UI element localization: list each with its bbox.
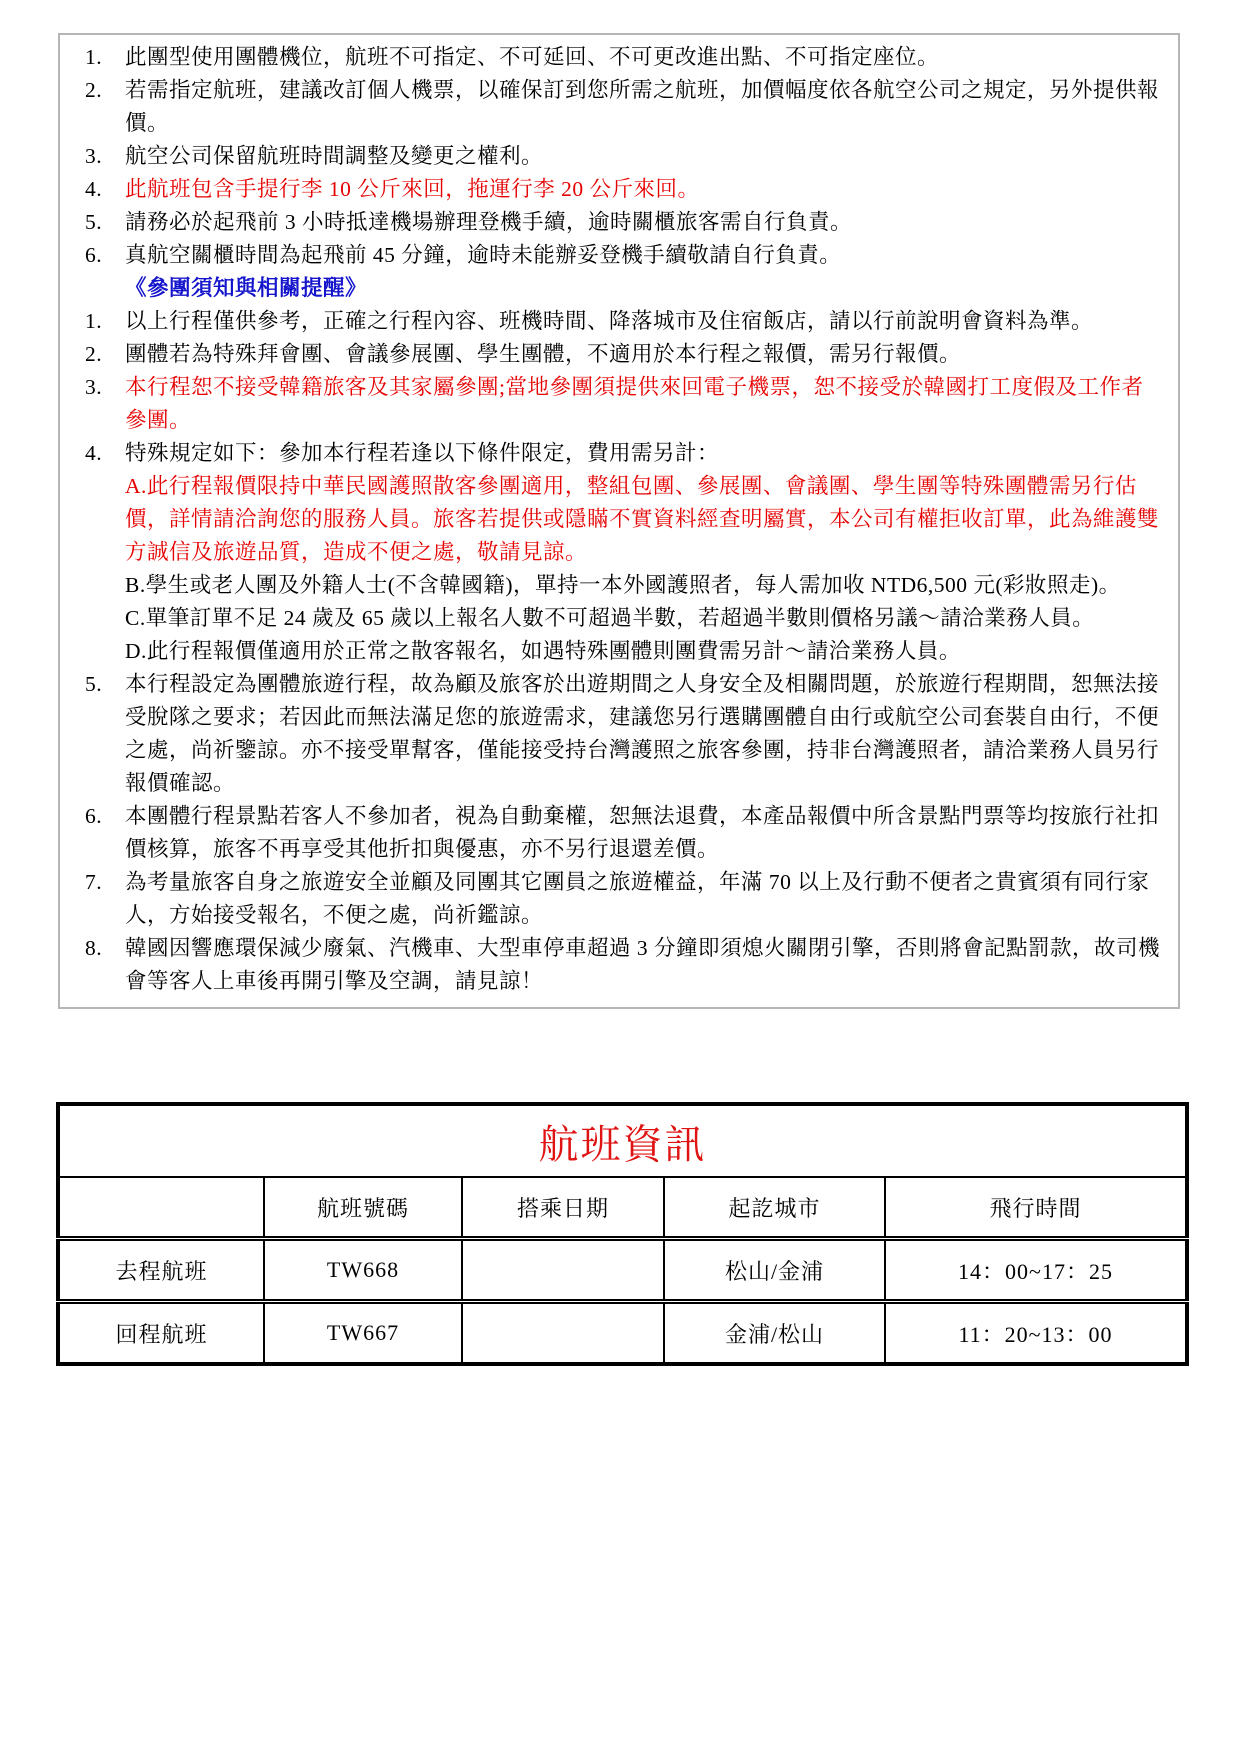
flight-col-header-blank	[58, 1177, 264, 1239]
notice-number: 4.	[85, 173, 125, 206]
flight-info-table: 航班資訊 航班號碼 搭乘日期 起訖城市 飛行時間 去程航班TW668松山/金浦1…	[56, 1102, 1189, 1366]
notice-item: 5.請務必於起飛前 3 小時抵達機場辦理登機手續，逾時關櫃旅客需自行負責。	[85, 206, 1164, 239]
flight-table-title-row: 航班資訊	[58, 1104, 1187, 1177]
notice-number	[85, 635, 125, 668]
notices-section: 1.此團型使用團體機位，航班不可指定、不可延回、不可更改進出點、不可指定座位。2…	[58, 33, 1180, 1009]
time-cell: 11：20~13：00	[885, 1302, 1187, 1365]
notice-item: 2.若需指定航班，建議改訂個人機票，以確保訂到您所需之航班，加價幅度依各航空公司…	[85, 74, 1164, 140]
flight-table-header-row: 航班號碼 搭乘日期 起訖城市 飛行時間	[58, 1177, 1187, 1239]
notice-number: 2.	[85, 338, 125, 371]
notice-text: 請務必於起飛前 3 小時抵達機場辦理登機手續，逾時關櫃旅客需自行負責。	[125, 206, 1164, 239]
notice-item: 4.特殊規定如下：參加本行程若逢以下條件限定，費用需另計：	[85, 437, 1164, 470]
notice-subitem: C.單筆訂單不足 24 歲及 65 歲以上報名人數不可超過半數，若超過半數則價格…	[85, 602, 1164, 635]
row-label-cell: 回程航班	[58, 1302, 264, 1365]
time-cell: 14：00~17：25	[885, 1239, 1187, 1302]
notice-subitem: D.此行程報價僅適用於正常之散客報名，如遇特殊團體則團費需另計～請洽業務人員。	[85, 635, 1164, 668]
notice-number: 4.	[85, 437, 125, 470]
notice-text: A.此行程報價限持中華民國護照散客參團適用，整組包團、參展團、會議團、學生團等特…	[125, 470, 1164, 569]
notice-item: 2.團體若為特殊拜會團、會議參展團、學生團體，不適用於本行程之報價，需另行報價。	[85, 338, 1164, 371]
notice-text: 以上行程僅供參考，正確之行程內容、班機時間、降落城市及住宿飯店，請以行前說明會資…	[125, 305, 1164, 338]
date-cell	[462, 1239, 664, 1302]
section-heading: 《參團須知與相關提醒》	[85, 272, 1164, 305]
notice-item: 4.此航班包含手提行李 10 公斤來回，拖運行李 20 公斤來回。	[85, 173, 1164, 206]
flight-row: 回程航班TW667金浦/松山11：20~13：00	[58, 1302, 1187, 1365]
notice-text: 韓國因響應環保減少廢氣、汽機車、大型車停車超過 3 分鐘即須熄火關閉引擎，否則將…	[125, 932, 1164, 998]
notice-item: 8.韓國因響應環保減少廢氣、汽機車、大型車停車超過 3 分鐘即須熄火關閉引擎，否…	[85, 932, 1164, 998]
notice-item: 1.此團型使用團體機位，航班不可指定、不可延回、不可更改進出點、不可指定座位。	[85, 41, 1164, 74]
notice-number: 8.	[85, 932, 125, 998]
notice-item: 6.真航空關櫃時間為起飛前 45 分鐘，逾時未能辦妥登機手續敬請自行負責。	[85, 239, 1164, 272]
notice-item: 6.本團體行程景點若客人不參加者，視為自動棄權，恕無法退費，本產品報價中所含景點…	[85, 800, 1164, 866]
route-cell: 松山/金浦	[664, 1239, 885, 1302]
flight-number-cell: TW668	[264, 1239, 462, 1302]
notice-text: B.學生或老人團及外籍人士(不含韓國籍)，單持一本外國護照者，每人需加收 NTD…	[125, 569, 1164, 602]
notice-number: 2.	[85, 74, 125, 140]
flight-col-header-route: 起訖城市	[664, 1177, 885, 1239]
notice-item: 3.航空公司保留航班時間調整及變更之權利。	[85, 140, 1164, 173]
notice-number: 1.	[85, 41, 125, 74]
notice-item: 3.本行程恕不接受韓籍旅客及其家屬參團;當地參團須提供來回電子機票，恕不接受於韓…	[85, 371, 1164, 437]
notice-number: 7.	[85, 866, 125, 932]
notice-subitem: A.此行程報價限持中華民國護照散客參團適用，整組包團、參展團、會議團、學生團等特…	[85, 470, 1164, 569]
notice-text: 真航空關櫃時間為起飛前 45 分鐘，逾時未能辦妥登機手續敬請自行負責。	[125, 239, 1164, 272]
notice-number: 1.	[85, 305, 125, 338]
notice-text: 《參團須知與相關提醒》	[125, 272, 1164, 305]
notice-text: 若需指定航班，建議改訂個人機票，以確保訂到您所需之航班，加價幅度依各航空公司之規…	[125, 74, 1164, 140]
notice-item: 1.以上行程僅供參考，正確之行程內容、班機時間、降落城市及住宿飯店，請以行前說明…	[85, 305, 1164, 338]
date-cell	[462, 1302, 664, 1365]
notice-number: 6.	[85, 800, 125, 866]
notice-text: 此團型使用團體機位，航班不可指定、不可延回、不可更改進出點、不可指定座位。	[125, 41, 1164, 74]
notice-subitem: B.學生或老人團及外籍人士(不含韓國籍)，單持一本外國護照者，每人需加收 NTD…	[85, 569, 1164, 602]
notice-number	[85, 272, 125, 305]
notice-text: C.單筆訂單不足 24 歲及 65 歲以上報名人數不可超過半數，若超過半數則價格…	[125, 602, 1164, 635]
notice-number: 3.	[85, 140, 125, 173]
notice-number: 5.	[85, 668, 125, 800]
flight-col-header-time: 飛行時間	[885, 1177, 1187, 1239]
notice-number	[85, 470, 125, 569]
notice-text: 本行程恕不接受韓籍旅客及其家屬參團;當地參團須提供來回電子機票，恕不接受於韓國打…	[125, 371, 1164, 437]
row-label-cell: 去程航班	[58, 1239, 264, 1302]
notice-text: D.此行程報價僅適用於正常之散客報名，如遇特殊團體則團費需另計～請洽業務人員。	[125, 635, 1164, 668]
flight-table-title: 航班資訊	[58, 1104, 1187, 1177]
notice-item: 7.為考量旅客自身之旅遊安全並顧及同團其它團員之旅遊權益，年滿 70 以上及行動…	[85, 866, 1164, 932]
flight-col-header-number: 航班號碼	[264, 1177, 462, 1239]
notice-item: 5.本行程設定為團體旅遊行程，故為顧及旅客於出遊期間之人身安全及相關問題，於旅遊…	[85, 668, 1164, 800]
document-page: 1.此團型使用團體機位，航班不可指定、不可延回、不可更改進出點、不可指定座位。2…	[0, 0, 1241, 1754]
notice-text: 本行程設定為團體旅遊行程，故為顧及旅客於出遊期間之人身安全及相關問題，於旅遊行程…	[125, 668, 1164, 800]
notice-text: 此航班包含手提行李 10 公斤來回，拖運行李 20 公斤來回。	[125, 173, 1164, 206]
route-cell: 金浦/松山	[664, 1302, 885, 1365]
notice-text: 本團體行程景點若客人不參加者，視為自動棄權，恕無法退費，本產品報價中所含景點門票…	[125, 800, 1164, 866]
notice-number: 5.	[85, 206, 125, 239]
notice-text: 特殊規定如下：參加本行程若逢以下條件限定，費用需另計：	[125, 437, 1164, 470]
notice-text: 團體若為特殊拜會團、會議參展團、學生團體，不適用於本行程之報價，需另行報價。	[125, 338, 1164, 371]
notice-number: 3.	[85, 371, 125, 437]
notice-text: 航空公司保留航班時間調整及變更之權利。	[125, 140, 1164, 173]
notice-number	[85, 602, 125, 635]
flight-row: 去程航班TW668松山/金浦14：00~17：25	[58, 1239, 1187, 1302]
flight-col-header-date: 搭乘日期	[462, 1177, 664, 1239]
notice-number	[85, 569, 125, 602]
flight-number-cell: TW667	[264, 1302, 462, 1365]
notice-text: 為考量旅客自身之旅遊安全並顧及同團其它團員之旅遊權益，年滿 70 以上及行動不便…	[125, 866, 1164, 932]
notice-number: 6.	[85, 239, 125, 272]
